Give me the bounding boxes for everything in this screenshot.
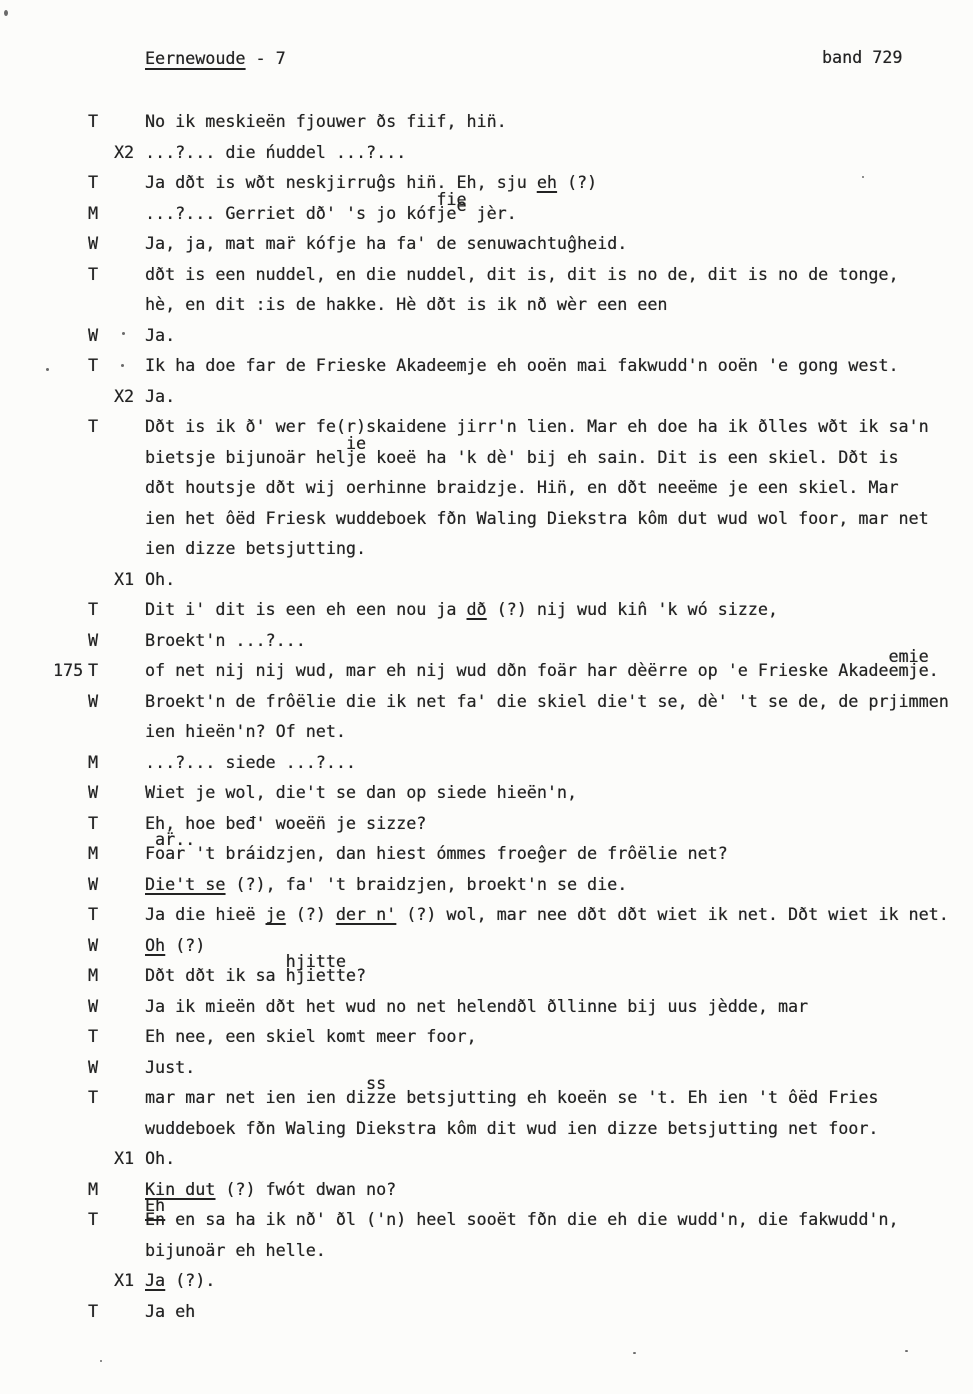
speaker-label: W	[88, 996, 98, 1016]
speaker-label: M	[88, 752, 98, 772]
typed-correction: EhEn	[145, 1209, 165, 1229]
line-text: Far̈..oar 't bráidzjen, dan hiest ómmes …	[145, 843, 728, 863]
typed-correction: sszz	[366, 1087, 386, 1107]
text-segment: (?) fwót dwan no?	[215, 1179, 396, 1199]
correction-above: ar̈..	[155, 829, 195, 849]
line-text: dðt houtsje dðt wij oerhinne braidzje. H…	[145, 477, 899, 497]
line-text: Dðt is ik ð' wer fe(r)skaidene jirr'n li…	[145, 416, 929, 436]
text-segment: Oh.	[145, 569, 175, 589]
underlined-text: dð	[467, 599, 487, 619]
transcript-line: WJa, ja, mat mar̈ kófje ha fa' de senuwa…	[0, 233, 973, 255]
text-segment: Ja.	[145, 325, 175, 345]
text-segment: (?), fa' 't braidzjen, broekt'n se die.	[225, 874, 627, 894]
typed-correction: ar̈..oar	[155, 843, 185, 863]
text-segment: (?) nij wud kin̂ 'k wó sizze,	[487, 599, 778, 619]
line-text: Broekt'n ...?...	[145, 630, 306, 650]
transcript-line: hè, en dit :is de hakke. Hè dðt is ik nð…	[0, 294, 973, 316]
transcript-line: WOh (?)	[0, 935, 973, 957]
transcript-line: TNo ik meskieën fjouwer ðs fiif, hin̈.	[0, 111, 973, 133]
text-segment: wuddeboek fðn Waling Diekstra kôm dit wu…	[145, 1118, 878, 1138]
speaker-label: W	[88, 1057, 98, 1077]
speaker-label: T	[88, 416, 98, 436]
text-segment: Ja eh	[145, 1301, 195, 1321]
transcript-line: TEhEn en sa ha ik nð' ðl ('n) heel sooët…	[0, 1209, 973, 1231]
scan-speck	[122, 332, 125, 335]
text-segment: (?)	[165, 935, 205, 955]
text-segment: Ja die hieë	[145, 904, 266, 924]
speaker-label: W	[88, 233, 98, 253]
text-segment: e	[456, 195, 466, 215]
margin-number: 175	[53, 660, 83, 680]
text-segment: Ja ik mieën dðt het wud no net helendðl …	[145, 996, 808, 1016]
line-text: Die't se (?), fa' 't braidzjen, broekt'n…	[145, 874, 627, 894]
text-segment: Ja dðt is wðt neskjirruĝs hin̈. Eh, sju	[145, 172, 537, 192]
line-text: Wiet je wol, die't se dan op siede hieën…	[145, 782, 577, 802]
speaker-label: M	[88, 1179, 98, 1199]
text-segment: bijunoär eh helle.	[145, 1240, 326, 1260]
text-segment: Wiet je wol, die't se dan op siede hieën…	[145, 782, 577, 802]
transcript-line: wuddeboek fðn Waling Diekstra kôm dit wu…	[0, 1118, 973, 1140]
scan-speck	[633, 1352, 636, 1354]
correction-above: hjitte	[286, 951, 346, 971]
scan-speck	[46, 368, 49, 371]
transcript-line: TEh, hoe beđ' woeën̈ je sizze?	[0, 813, 973, 835]
line-text: mar mar net ien ien disszze betsjutting …	[145, 1087, 878, 1107]
text-segment: Ja, ja, mat mar̈ kófje ha fa' de senuwac…	[145, 233, 627, 253]
line-text: Oh.	[145, 569, 175, 589]
transcript-line: M...?... siede ...?...	[0, 752, 973, 774]
speaker-label: T	[88, 904, 98, 924]
text-segment: ien het ôëd Friesk wuddeboek fðn Waling …	[145, 508, 929, 528]
line-text: dðt is een nuddel, en die nuddel, dit is…	[145, 264, 899, 284]
text-segment: ...?... Gerriet dð' 's jo kóf	[145, 203, 436, 223]
line-text: Ja.	[145, 325, 175, 345]
line-text: ...?... siede ...?...	[145, 752, 356, 772]
scan-speck	[905, 1350, 908, 1352]
speaker-label: M	[88, 203, 98, 223]
speaker-label: T	[88, 1209, 98, 1229]
transcript-line: dðt houtsje dðt wij oerhinne braidzje. H…	[0, 477, 973, 499]
text-segment: 't bráidzjen, dan hiest ómmes froeĝer de…	[185, 843, 728, 863]
speaker-label: X2	[114, 386, 134, 406]
speaker-label: X2	[114, 142, 134, 162]
line-text: Ja eh	[145, 1301, 195, 1321]
line-text: ien het ôëd Friesk wuddeboek fðn Waling …	[145, 508, 929, 528]
text-segment: (?)	[286, 904, 336, 924]
scan-speck	[862, 176, 864, 178]
speaker-label: T	[88, 1026, 98, 1046]
text-segment: ...?... siede ...?...	[145, 752, 356, 772]
speaker-label: W	[88, 874, 98, 894]
page-title: Eernewoude - 7	[145, 48, 286, 68]
line-text: ien dizze betsjutting.	[145, 538, 366, 558]
text-segment: (?) wol, mar nee dðt dðt wiet ik net. Dð…	[396, 904, 949, 924]
band-label: band 729	[822, 47, 902, 67]
speaker-label: W	[88, 935, 98, 955]
text-segment: Dit i' dit is een eh een nou ja	[145, 599, 467, 619]
speaker-label: T	[88, 355, 98, 375]
line-text: Ja ik mieën dðt het wud no net helendðl …	[145, 996, 808, 1016]
speaker-label: X1	[114, 1148, 134, 1168]
speaker-label: X1	[114, 1270, 134, 1290]
text-segment: jèr.	[467, 203, 517, 223]
text-segment: koeë ha 'k dè' bij eh sain. Dit is een s…	[366, 447, 898, 467]
transcript-line: TIk ha doe far de Frieske Akadeemje eh o…	[0, 355, 973, 377]
text-segment: Just.	[145, 1057, 195, 1077]
transcript-line: X1Oh.	[0, 1148, 973, 1170]
line-text: Ja, ja, mat mar̈ kófje ha fa' de senuwac…	[145, 233, 627, 253]
speaker-label: W	[88, 325, 98, 345]
speaker-label: W	[88, 782, 98, 802]
line-text: EhEn en sa ha ik nð' ðl ('n) heel sooët …	[145, 1209, 899, 1229]
scan-speck	[100, 1360, 102, 1362]
speaker-label: M	[88, 965, 98, 985]
page-title-number: - 7	[245, 48, 285, 68]
transcript-line: WDie't se (?), fa' 't braidzjen, broekt'…	[0, 874, 973, 896]
scan-speck	[4, 10, 8, 16]
text-segment: Oh.	[145, 1148, 175, 1168]
speaker-label: T	[88, 660, 98, 680]
transcript-line: WBroekt'n ...?...	[0, 630, 973, 652]
typed-correction: hjittehjiette	[286, 965, 356, 985]
line-text: bijunoär eh helle.	[145, 1240, 326, 1260]
scan-speck	[121, 364, 124, 367]
line-text: bietsje bijunoär helieje koeë ha 'k dè' …	[145, 447, 899, 467]
scanned-transcript-page: Eernewoude - 7 band 729 TNo ik meskieën …	[0, 0, 973, 1394]
transcript-line: X2Ja.	[0, 386, 973, 408]
transcript-line: WBroekt'n de frôëlie die ik net fa' die …	[0, 691, 973, 713]
transcript-line: ien dizze betsjutting.	[0, 538, 973, 560]
line-text: Ja die hieë je (?) der n' (?) wol, mar n…	[145, 904, 949, 924]
transcript-line: TDit i' dit is een eh een nou ja dð (?) …	[0, 599, 973, 621]
transcript-line: TJa eh	[0, 1301, 973, 1323]
text-segment: ien hieën'n? Of net.	[145, 721, 346, 741]
text-segment: (?)	[557, 172, 597, 192]
text-segment: ...?... die ńuddel ...?...	[145, 142, 406, 162]
speaker-label: T	[88, 1301, 98, 1321]
line-text: Just.	[145, 1057, 195, 1077]
transcript-line: WJa.	[0, 325, 973, 347]
line-text: Kin dut (?) fwót dwan no?	[145, 1179, 396, 1199]
line-text: No ik meskieën fjouwer ðs fiif, hin̈.	[145, 111, 507, 131]
text-segment: mar mar net ien ien di	[145, 1087, 366, 1107]
transcript-line: X2...?... die ńuddel ...?...	[0, 142, 973, 164]
transcript-line: Tmar mar net ien ien disszze betsjutting…	[0, 1087, 973, 1109]
text-segment: e betsjutting eh koeën se 't. Eh ien 't …	[386, 1087, 878, 1107]
typed-correction: ieje	[346, 447, 366, 467]
text-segment: No ik meskieën fjouwer ðs fiif, hin̈.	[145, 111, 507, 131]
line-text: Dit i' dit is een eh een nou ja dð (?) n…	[145, 599, 778, 619]
text-segment: dðt is een nuddel, en die nuddel, dit is…	[145, 264, 899, 284]
text-segment: F	[145, 843, 155, 863]
transcript-line: MDðt dðt ik sa hjittehjiette?	[0, 965, 973, 987]
line-text: of net nij nij wud, mar eh nij wud dðn f…	[145, 660, 939, 680]
transcript-line: ien hieën'n? Of net.	[0, 721, 973, 743]
text-segment: en sa ha ik nð' ðl ('n) heel sooët fðn d…	[165, 1209, 898, 1229]
line-text: Ja.	[145, 386, 175, 406]
line-text: Broekt'n de frôëlie die ik net fa' die s…	[145, 691, 949, 711]
line-text: Eh nee, een skiel komt meer foor,	[145, 1026, 477, 1046]
line-text: Ja (?).	[145, 1270, 215, 1290]
speaker-label: T	[88, 264, 98, 284]
transcript-line: bijunoär eh helle.	[0, 1240, 973, 1262]
line-text: Ik ha doe far de Frieske Akadeemje eh oo…	[145, 355, 899, 375]
underlined-text: Ja	[145, 1270, 165, 1290]
speaker-label: M	[88, 843, 98, 863]
speaker-label: W	[88, 691, 98, 711]
text-segment: Broekt'n ...?...	[145, 630, 306, 650]
text-segment: Broekt'n de frôëlie die ik net fa' die s…	[145, 691, 949, 711]
correction-above: ie	[346, 433, 366, 453]
text-segment: Ja.	[145, 386, 175, 406]
transcript-line: 175Tof net nij nij wud, mar eh nij wud d…	[0, 660, 973, 682]
text-segment: .	[929, 660, 939, 680]
transcript-line: bietsje bijunoär helieje koeë ha 'k dè' …	[0, 447, 973, 469]
line-text: ien hieën'n? Of net.	[145, 721, 346, 741]
correction-above: Eh	[145, 1195, 165, 1215]
correction-above: ss	[366, 1073, 386, 1093]
transcript-line: X1Oh.	[0, 569, 973, 591]
transcript-line: M...?... Gerriet dð' 's jo kóffiejee jèr…	[0, 203, 973, 225]
text-segment: dðt houtsje dðt wij oerhinne braidzje. H…	[145, 477, 899, 497]
line-text: ...?... die ńuddel ...?...	[145, 142, 406, 162]
text-segment: of net nij nij wud, mar eh nij wud dðn f…	[145, 660, 888, 680]
transcript-line: ien het ôëd Friesk wuddeboek fðn Waling …	[0, 508, 973, 530]
line-text: Ja dðt is wðt neskjirruĝs hin̈. Eh, sju …	[145, 172, 597, 192]
speaker-label: T	[88, 111, 98, 131]
text-segment: ?	[356, 965, 366, 985]
text-segment: Dðt is ik ð' wer fe(r)skaidene jirr'n li…	[145, 416, 929, 436]
transcript-line: TJa dðt is wðt neskjirruĝs hin̈. Eh, sju…	[0, 172, 973, 194]
text-segment: Ik ha doe far de Frieske Akadeemje eh oo…	[145, 355, 899, 375]
text-segment: bietsje bijunoär hel	[145, 447, 346, 467]
line-text: hè, en dit :is de hakke. Hè dðt is ik nð…	[145, 294, 667, 314]
transcript-line: X1Ja (?).	[0, 1270, 973, 1292]
page-title-location: Eernewoude	[145, 48, 245, 68]
text-segment: ien dizze betsjutting.	[145, 538, 366, 558]
typed-correction: fieje	[436, 203, 456, 223]
transcript-line: TDðt is ik ð' wer fe(r)skaidene jirr'n l…	[0, 416, 973, 438]
transcript-line: TEh nee, een skiel komt meer foor,	[0, 1026, 973, 1048]
underlined-text: je	[266, 904, 286, 924]
transcript-line: WJa ik mieën dðt het wud no net helendðl…	[0, 996, 973, 1018]
speaker-label: T	[88, 172, 98, 192]
line-text: Dðt dðt ik sa hjittehjiette?	[145, 965, 366, 985]
typed-correction: emieemje	[888, 660, 928, 680]
speaker-label: T	[88, 599, 98, 619]
speaker-label: X1	[114, 569, 134, 589]
transcript-line: MFar̈..oar 't bráidzjen, dan hiest ómmes…	[0, 843, 973, 865]
transcript-line: TJa die hieë je (?) der n' (?) wol, mar …	[0, 904, 973, 926]
correction-above: emie	[888, 646, 928, 666]
text-segment: Eh nee, een skiel komt meer foor,	[145, 1026, 477, 1046]
underlined-text: der n'	[336, 904, 396, 924]
speaker-label: W	[88, 630, 98, 650]
transcript-line: WWiet je wol, die't se dan op siede hieë…	[0, 782, 973, 804]
underlined-text: Die't se	[145, 874, 225, 894]
underlined-text: Oh	[145, 935, 165, 955]
line-text: ...?... Gerriet dð' 's jo kóffiejee jèr.	[145, 203, 517, 223]
text-segment: (?).	[165, 1270, 215, 1290]
transcript-line: WJust.	[0, 1057, 973, 1079]
underlined-text: eh	[537, 172, 557, 192]
speaker-label: T	[88, 813, 98, 833]
line-text: wuddeboek fðn Waling Diekstra kôm dit wu…	[145, 1118, 878, 1138]
text-segment: Dðt dðt ik sa	[145, 965, 286, 985]
line-text: Oh.	[145, 1148, 175, 1168]
speaker-label: T	[88, 1087, 98, 1107]
line-text: Oh (?)	[145, 935, 205, 955]
transcript-line: Tdðt is een nuddel, en die nuddel, dit i…	[0, 264, 973, 286]
text-segment: hè, en dit :is de hakke. Hè dðt is ik nð…	[145, 294, 667, 314]
